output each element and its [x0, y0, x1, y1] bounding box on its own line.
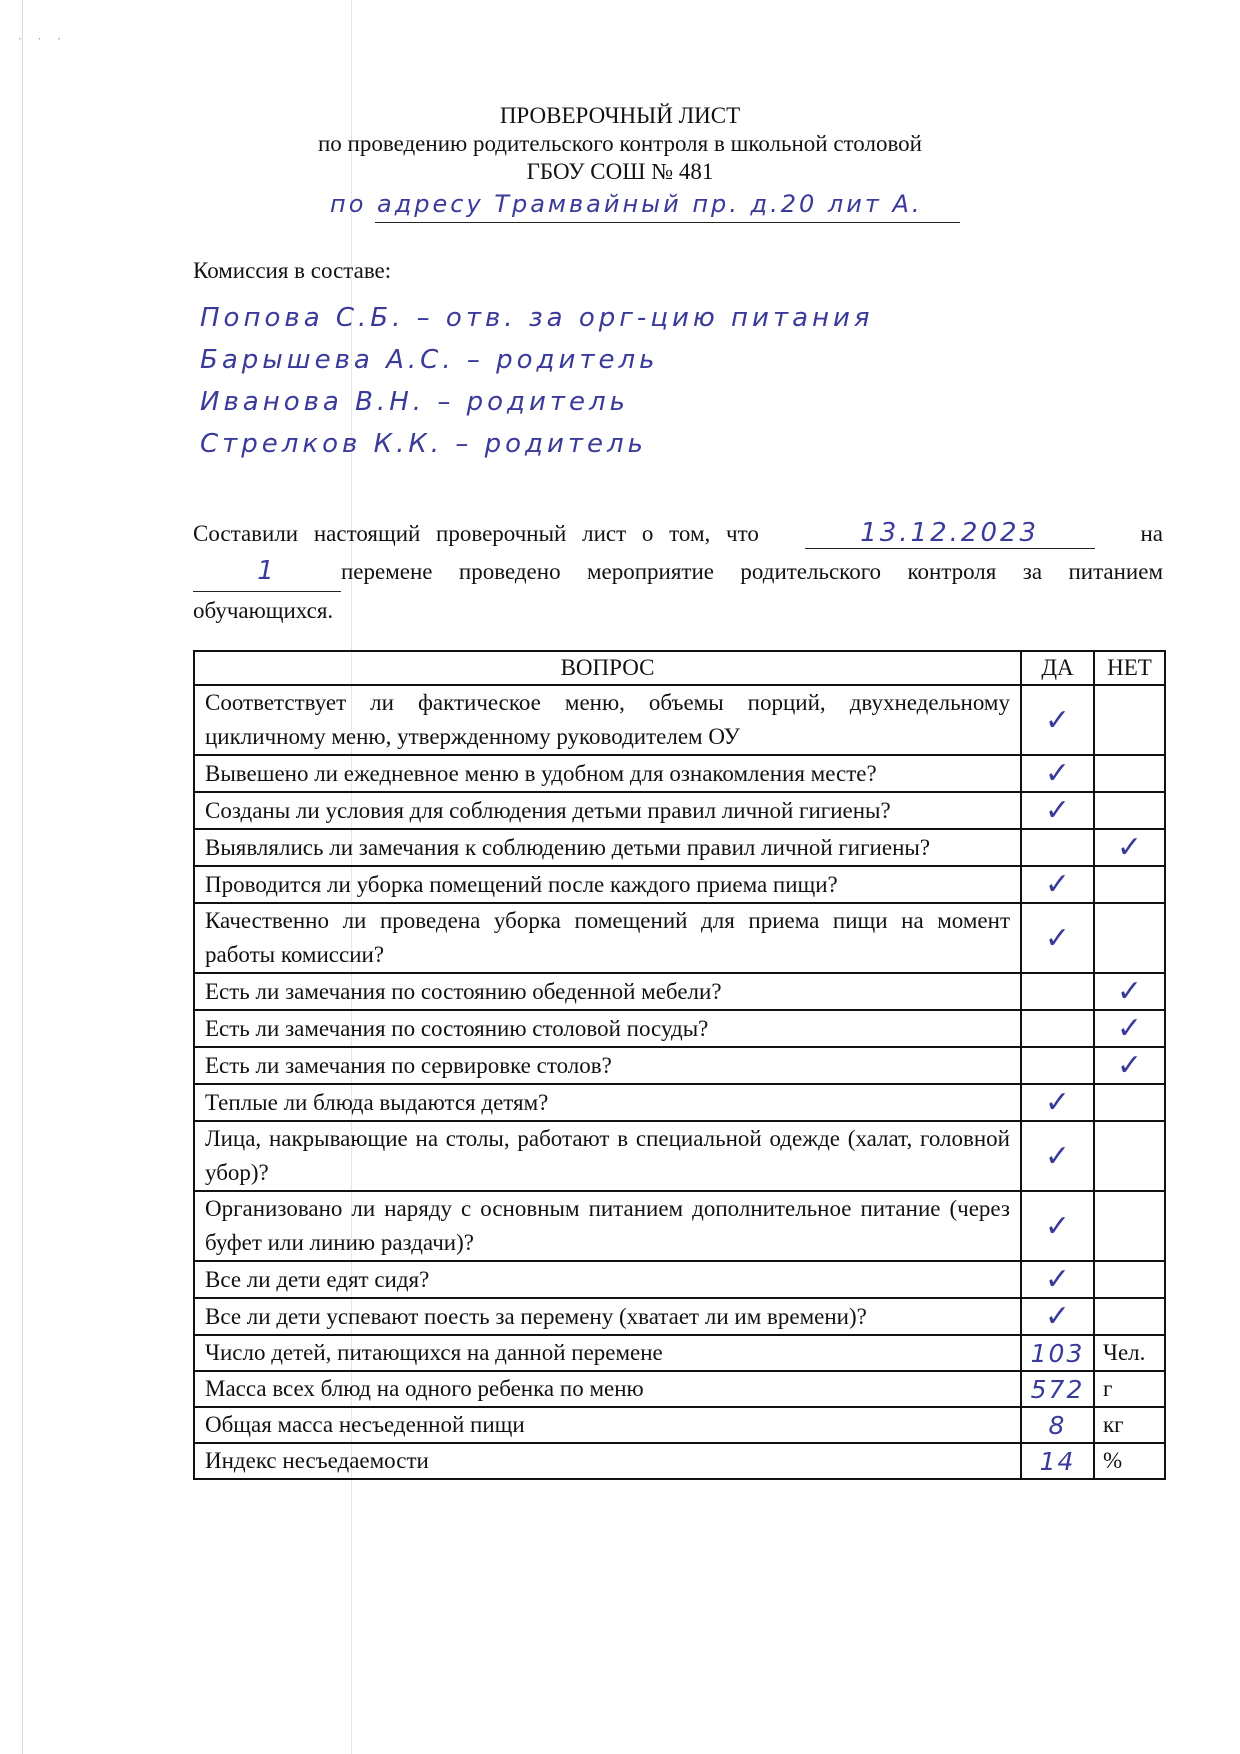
column-header-yes: ДА — [1021, 651, 1094, 685]
answer-no-cell[interactable] — [1094, 866, 1165, 903]
question-text: Лица, накрывающие на столы, работают в с… — [194, 1121, 1021, 1191]
break-number-field[interactable]: 1 — [193, 552, 341, 592]
document-header: ПРОВЕРОЧНЫЙ ЛИСТ по проведению родительс… — [0, 102, 1240, 186]
question-text: Качественно ли проведена уборка помещени… — [194, 903, 1021, 973]
checkmark-icon: ✓ — [1045, 921, 1070, 956]
commission-member: Попова С.Б. – отв. за орг-цию питания — [200, 303, 874, 333]
commission-member: Иванова В.Н. – родитель — [200, 387, 629, 417]
measurement-value[interactable]: 572 — [1021, 1371, 1094, 1407]
answer-yes-cell[interactable]: ✓ — [1021, 1261, 1094, 1298]
answer-no-cell[interactable]: ✓ — [1094, 1010, 1165, 1047]
table-row: Вывешено ли ежедневное меню в удобном дл… — [194, 755, 1165, 792]
answer-yes-cell[interactable]: ✓ — [1021, 1121, 1094, 1191]
statement-text-1: Составили настоящий проверочный лист о т… — [193, 521, 759, 547]
table-row: Проводится ли уборка помещений после каж… — [194, 866, 1165, 903]
answer-no-cell[interactable]: ✓ — [1094, 1047, 1165, 1084]
table-row: Выявлялись ли замечания к соблюдению дет… — [194, 829, 1165, 866]
checkmark-icon: ✓ — [1045, 756, 1070, 791]
answer-yes-cell[interactable]: ✓ — [1021, 866, 1094, 903]
table-row: Все ли дети едят сидя?✓ — [194, 1261, 1165, 1298]
answer-yes-cell[interactable]: ✓ — [1021, 685, 1094, 755]
question-text: Вывешено ли ежедневное меню в удобном дл… — [194, 755, 1021, 792]
statement-line-1: Составили настоящий проверочный лист о т… — [193, 518, 1163, 549]
question-text: Теплые ли блюда выдаются детям? — [194, 1084, 1021, 1121]
statement-line-2: 1перемене проведено мероприятие родитель… — [193, 552, 1163, 630]
answer-no-cell[interactable]: ✓ — [1094, 829, 1165, 866]
question-text: Есть ли замечания по сервировке столов? — [194, 1047, 1021, 1084]
table-header-row: ВОПРОС ДА НЕТ — [194, 651, 1165, 685]
question-text: Все ли дети едят сидя? — [194, 1261, 1021, 1298]
answer-yes-cell[interactable]: ✓ — [1021, 792, 1094, 829]
checkmark-icon: ✓ — [1117, 830, 1142, 865]
measurement-label: Общая масса несъеденной пищи — [194, 1407, 1021, 1443]
table-row: Созданы ли условия для соблюдения детьми… — [194, 792, 1165, 829]
question-text: Организовано ли наряду с основным питани… — [194, 1191, 1021, 1261]
measurement-row: Число детей, питающихся на данной переме… — [194, 1335, 1165, 1371]
answer-yes-cell[interactable] — [1021, 973, 1094, 1010]
answer-no-cell[interactable] — [1094, 755, 1165, 792]
scan-noise: · · · — [18, 32, 67, 46]
measurement-unit: г — [1094, 1371, 1165, 1407]
checklist-table: ВОПРОС ДА НЕТ Соответствует ли фактическ… — [193, 650, 1166, 1480]
commission-label: Комиссия в составе: — [193, 258, 391, 284]
table-row: Теплые ли блюда выдаются детям?✓ — [194, 1084, 1165, 1121]
checkmark-icon: ✓ — [1045, 793, 1070, 828]
answer-yes-cell[interactable] — [1021, 1047, 1094, 1084]
answer-no-cell[interactable] — [1094, 1191, 1165, 1261]
measurement-value[interactable]: 103 — [1021, 1335, 1094, 1371]
table-row: Все ли дети успевают поесть за перемену … — [194, 1298, 1165, 1335]
measurement-unit: кг — [1094, 1407, 1165, 1443]
answer-yes-cell[interactable] — [1021, 829, 1094, 866]
measurement-label: Число детей, питающихся на данной переме… — [194, 1335, 1021, 1371]
measurement-value[interactable]: 14 — [1021, 1443, 1094, 1479]
school-name: ГБОУ СОШ № 481 — [0, 158, 1240, 186]
document-title: ПРОВЕРОЧНЫЙ ЛИСТ — [0, 102, 1240, 130]
table-row: Качественно ли проведена уборка помещени… — [194, 903, 1165, 973]
address-handwritten: по адресу Трамвайный пр. д.20 лит А. — [330, 190, 923, 218]
table-row: Есть ли замечания по сервировке столов?✓ — [194, 1047, 1165, 1084]
checkmark-icon: ✓ — [1117, 974, 1142, 1009]
measurement-label: Масса всех блюд на одного ребенка по мен… — [194, 1371, 1021, 1407]
answer-yes-cell[interactable]: ✓ — [1021, 755, 1094, 792]
column-header-no: НЕТ — [1094, 651, 1165, 685]
commission-member: Барышева А.С. – родитель — [200, 345, 658, 375]
document-subtitle: по проведению родительского контроля в ш… — [0, 130, 1240, 158]
checkmark-icon: ✓ — [1045, 1262, 1070, 1297]
measurement-value[interactable]: 8 — [1021, 1407, 1094, 1443]
answer-no-cell[interactable] — [1094, 1084, 1165, 1121]
table-row: Есть ли замечания по состоянию столовой … — [194, 1010, 1165, 1047]
answer-no-cell[interactable] — [1094, 685, 1165, 755]
measurement-row: Масса всех блюд на одного ребенка по мен… — [194, 1371, 1165, 1407]
measurement-label: Индекс несъедаемости — [194, 1443, 1021, 1479]
answer-no-cell[interactable] — [1094, 1261, 1165, 1298]
question-text: Есть ли замечания по состоянию столовой … — [194, 1010, 1021, 1047]
table-row: Лица, накрывающие на столы, работают в с… — [194, 1121, 1165, 1191]
date-field[interactable]: 13.12.2023 — [805, 518, 1095, 549]
answer-yes-cell[interactable]: ✓ — [1021, 1298, 1094, 1335]
answer-yes-cell[interactable]: ✓ — [1021, 903, 1094, 973]
commission-member: Стрелков К.К. – родитель — [200, 429, 647, 459]
question-text: Есть ли замечания по состоянию обеденной… — [194, 973, 1021, 1010]
measurement-unit: % — [1094, 1443, 1165, 1479]
answer-no-cell[interactable] — [1094, 903, 1165, 973]
checkmark-icon: ✓ — [1045, 1299, 1070, 1334]
answer-yes-cell[interactable]: ✓ — [1021, 1191, 1094, 1261]
checkmark-icon: ✓ — [1045, 867, 1070, 902]
date-value: 13.12.2023 — [860, 518, 1039, 548]
answer-no-cell[interactable] — [1094, 792, 1165, 829]
answer-no-cell[interactable] — [1094, 1121, 1165, 1191]
table-row: Есть ли замечания по состоянию обеденной… — [194, 973, 1165, 1010]
question-text: Выявлялись ли замечания к соблюдению дет… — [194, 829, 1021, 866]
question-text: Соответствует ли фактическое меню, объем… — [194, 685, 1021, 755]
table-row: Соответствует ли фактическое меню, объем… — [194, 685, 1165, 755]
checkmark-icon: ✓ — [1117, 1048, 1142, 1083]
measurement-row: Индекс несъедаемости14% — [194, 1443, 1165, 1479]
checkmark-icon: ✓ — [1117, 1011, 1142, 1046]
column-header-question: ВОПРОС — [194, 651, 1021, 685]
question-text: Созданы ли условия для соблюдения детьми… — [194, 792, 1021, 829]
question-text: Все ли дети успевают поесть за перемену … — [194, 1298, 1021, 1335]
address-underline — [375, 222, 960, 223]
checkmark-icon: ✓ — [1045, 703, 1070, 738]
measurement-unit: Чел. — [1094, 1335, 1165, 1371]
answer-no-cell[interactable] — [1094, 1298, 1165, 1335]
checkmark-icon: ✓ — [1045, 1085, 1070, 1120]
checkmark-icon: ✓ — [1045, 1139, 1070, 1174]
answer-yes-cell[interactable] — [1021, 1010, 1094, 1047]
measurement-row: Общая масса несъеденной пищи8кг — [194, 1407, 1165, 1443]
question-text: Проводится ли уборка помещений после каж… — [194, 866, 1021, 903]
checkmark-icon: ✓ — [1045, 1209, 1070, 1244]
table-row: Организовано ли наряду с основным питани… — [194, 1191, 1165, 1261]
scan-artifact-line — [22, 0, 23, 1754]
answer-no-cell[interactable]: ✓ — [1094, 973, 1165, 1010]
answer-yes-cell[interactable]: ✓ — [1021, 1084, 1094, 1121]
break-number-value: 1 — [257, 556, 277, 586]
statement-text-2: на — [1140, 521, 1163, 547]
